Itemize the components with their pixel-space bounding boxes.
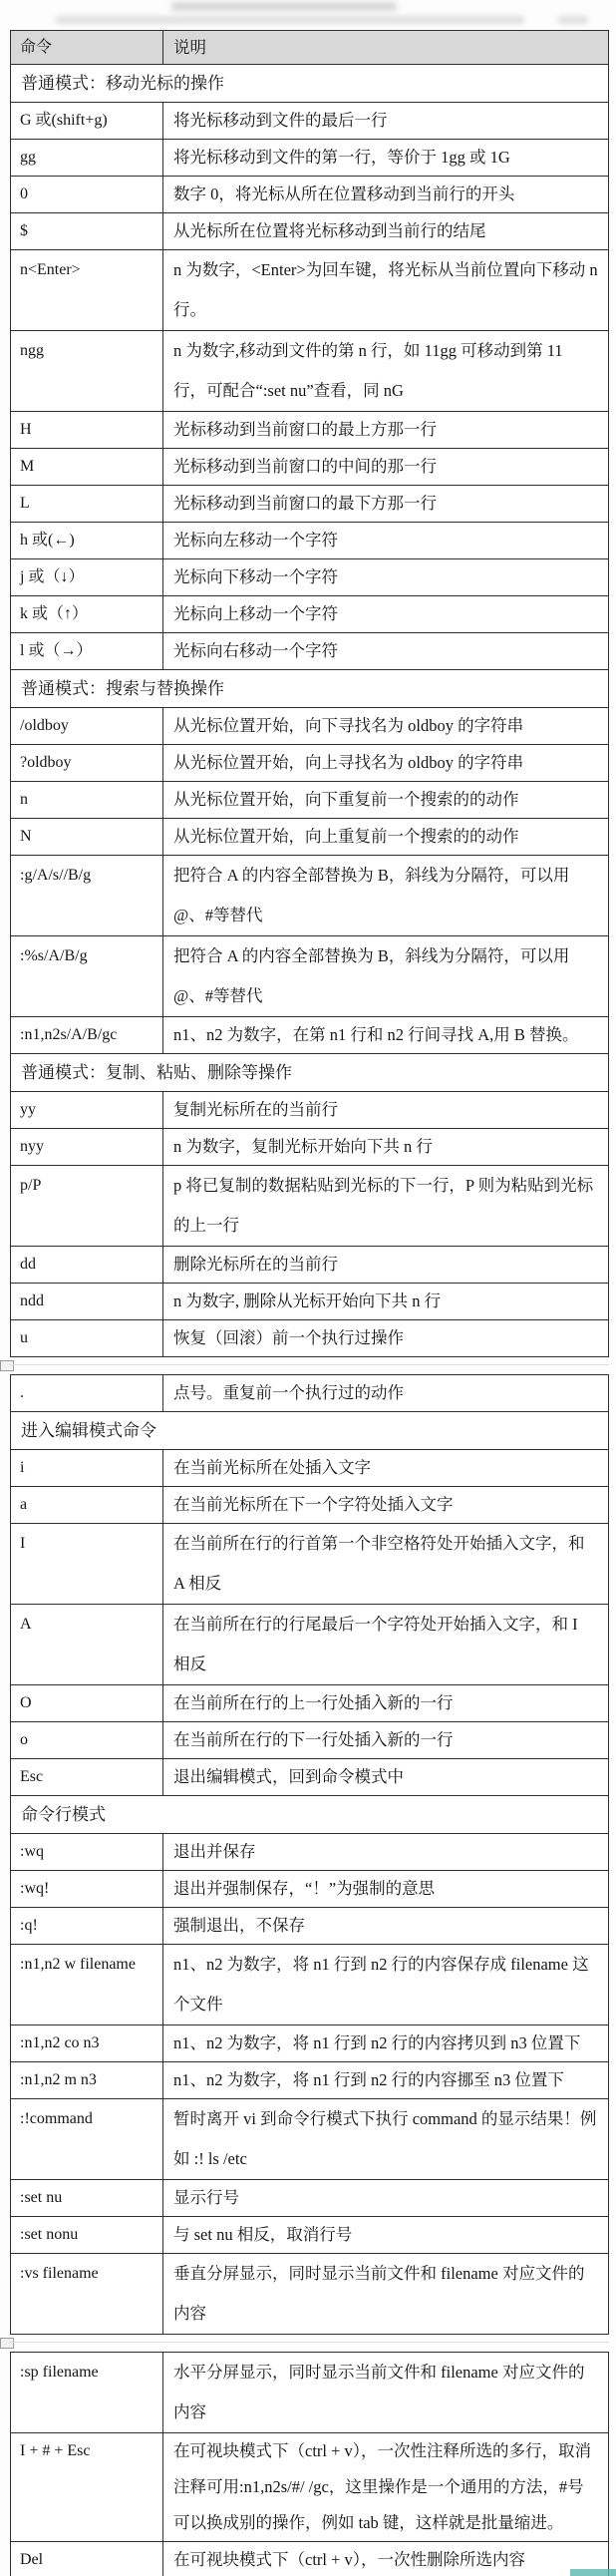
description-cell: 光标向上移动一个字符 (163, 596, 608, 632)
description-cell: 在当前所在行的行尾最后一个字符处开始插入文字，和 I 相反 (163, 1605, 608, 1684)
table-row: :sp filename水平分屏显示，同时显示当前文件和 filename 对应… (11, 2353, 608, 2433)
description-cell: 在当前光标所在下一个字符处插入文字 (163, 1487, 608, 1523)
table-row: o在当前所在行的下一行处插入新的一行 (11, 1722, 608, 1759)
table-row: gg将光标移动到文件的第一行，等价于 1gg 或 1G (11, 140, 608, 177)
description-cell: 在可视块模式下（ctrl + v），一次性注释所选的多行，取消注释可用:n1,n… (163, 2433, 608, 2541)
command-cell: :n1,n2 co n3 (11, 2025, 163, 2061)
table-row: n从光标位置开始，向下重复前一个搜索的的动作 (11, 782, 608, 819)
command-cell: ?oldboy (11, 745, 163, 781)
command-cell: :g/A/s//B/g (11, 856, 163, 935)
command-cell: :sp filename (11, 2353, 163, 2432)
description-cell: n1、n2 为数字，将 n1 行到 n2 行的内容挪至 n3 位置下 (163, 2062, 608, 2098)
section-label: 普通模式：移动光标的操作 (11, 65, 608, 102)
description-cell: 在当前光标所在处插入文字 (163, 1450, 608, 1486)
header-row: 命令说明 (11, 31, 608, 65)
command-cell: Del (11, 2542, 163, 2576)
command-cell: :vs filename (11, 2254, 163, 2334)
description-cell: p 将已复制的数据粘贴到光标的下一行，P 则为粘贴到光标的上一行 (163, 1166, 608, 1246)
command-cell: :wq (11, 1834, 163, 1870)
command-cell: n (11, 782, 163, 818)
table-row: u恢复（回滚）前一个执行过操作 (11, 1320, 608, 1356)
table-row: dd删除光标所在的当前行 (11, 1247, 608, 1284)
description-cell: 水平分屏显示，同时显示当前文件和 filename 对应文件的内容 (163, 2353, 608, 2432)
description-cell: n 为数字，<Enter>为回车键，将光标从当前位置向下移动 n 行。 (163, 250, 608, 330)
description-cell: 光标移动到当前窗口的最下方那一行 (163, 486, 608, 522)
table-row: l 或（→）光标向右移动一个字符 (11, 633, 608, 670)
table-segment: 命令说明普通模式：移动光标的操作G 或(shift+g)将光标移动到文件的最后一… (10, 30, 609, 1357)
command-cell: dd (11, 1247, 163, 1283)
page-break-gap (10, 1357, 609, 1374)
command-cell: :n1,n2 m n3 (11, 2062, 163, 2098)
table-row: :q!强制退出，不保存 (11, 1908, 608, 1945)
top-text-artifact (56, 16, 524, 24)
description-cell: n1、n2 为数字，在第 n1 行和 n2 行间寻找 A,用 B 替换。 (163, 1017, 608, 1053)
table-row: O在当前所在行的上一行处插入新的一行 (11, 1685, 608, 1722)
command-cell: a (11, 1487, 163, 1523)
description-cell: n1、n2 为数字，将 n1 行到 n2 行的内容拷贝到 n3 位置下 (163, 2025, 608, 2061)
table-row: :n1,n2s/A/B/gcn1、n2 为数字，在第 n1 行和 n2 行间寻找… (11, 1017, 608, 1054)
header-description-cell: 说明 (163, 31, 608, 64)
description-cell: 从光标位置开始，向上寻找名为 oldboy 的字符串 (163, 745, 608, 781)
command-cell: gg (11, 140, 163, 176)
command-cell: ndd (11, 1284, 163, 1319)
command-cell: H (11, 412, 163, 448)
table-row: I + # + Esc在可视块模式下（ctrl + v），一次性注释所选的多行，… (11, 2433, 608, 2542)
table-row: :n1,n2 co n3n1、n2 为数字，将 n1 行到 n2 行的内容拷贝到… (11, 2025, 608, 2062)
description-cell: 光标移动到当前窗口的最上方那一行 (163, 412, 608, 448)
table-area: 命令说明普通模式：移动光标的操作G 或(shift+g)将光标移动到文件的最后一… (10, 30, 609, 2576)
command-cell: :n1,n2s/A/B/gc (11, 1017, 163, 1053)
command-cell: nyy (11, 1129, 163, 1165)
section-label: 普通模式：复制、粘贴、删除等操作 (11, 1054, 608, 1091)
command-cell: k 或（↑） (11, 596, 163, 632)
page-break-gap (10, 2335, 609, 2352)
command-cell: p/P (11, 1166, 163, 1246)
description-cell: 退出并保存 (163, 1834, 608, 1870)
description-cell: 在当前所在行的上一行处插入新的一行 (163, 1685, 608, 1721)
table-resize-handle-icon (0, 1360, 14, 1371)
table-row: :g/A/s//B/g把符合 A 的内容全部替换为 B，斜线为分隔符，可以用@、… (11, 856, 608, 936)
command-cell: :wq! (11, 1871, 163, 1907)
command-cell: i (11, 1450, 163, 1486)
section-row: 普通模式：复制、粘贴、删除等操作 (11, 1054, 608, 1092)
description-cell: 光标移动到当前窗口的中间的那一行 (163, 449, 608, 485)
command-cell: h 或(←) (11, 523, 163, 558)
section-label: 命令行模式 (11, 1796, 608, 1833)
table-row: M光标移动到当前窗口的中间的那一行 (11, 449, 608, 486)
command-cell: n<Enter> (11, 250, 163, 330)
command-cell: u (11, 1320, 163, 1356)
description-cell: 光标向左移动一个字符 (163, 523, 608, 558)
description-cell: 退出并强制保存，“！”为强制的意思 (163, 1871, 608, 1907)
description-cell: n 为数字，复制光标开始向下共 n 行 (163, 1129, 608, 1165)
description-cell: 暂时离开 vi 到命令行模式下执行 command 的显示结果！例如 :! ls… (163, 2099, 608, 2179)
table-row: h 或(←)光标向左移动一个字符 (11, 523, 608, 559)
command-cell: N (11, 819, 163, 855)
table-row: G 或(shift+g)将光标移动到文件的最后一行 (11, 103, 608, 140)
description-cell: 点号。重复前一个执行过的动作 (163, 1375, 608, 1411)
description-cell: 从光标位置开始，向下重复前一个搜索的的动作 (163, 782, 608, 818)
description-cell: 将光标移动到文件的第一行，等价于 1gg 或 1G (163, 140, 608, 176)
description-cell: 强制退出，不保存 (163, 1908, 608, 1944)
command-cell: 0 (11, 177, 163, 212)
section-label: 普通模式：搜索与替换操作 (11, 670, 608, 707)
table-row: H光标移动到当前窗口的最上方那一行 (11, 412, 608, 449)
table-row: nddn 为数字, 删除从光标开始向下共 n 行 (11, 1284, 608, 1320)
description-cell: 显示行号 (163, 2180, 608, 2216)
table-segment: :sp filename水平分屏显示，同时显示当前文件和 filename 对应… (10, 2352, 609, 2576)
description-cell: 光标向右移动一个字符 (163, 633, 608, 669)
table-row: :set nonu与 set nu 相反，取消行号 (11, 2217, 608, 2254)
description-cell: 恢复（回滚）前一个执行过操作 (163, 1320, 608, 1356)
description-cell: 从光标位置开始，向下寻找名为 oldboy 的字符串 (163, 708, 608, 744)
table-row: p/Pp 将已复制的数据粘贴到光标的下一行，P 则为粘贴到光标的上一行 (11, 1166, 608, 1247)
command-cell: G 或(shift+g) (11, 103, 163, 139)
table-row: Esc退出编辑模式，回到命令模式中 (11, 1759, 608, 1796)
description-cell: 光标向下移动一个字符 (163, 559, 608, 595)
command-cell: j 或（↓） (11, 559, 163, 595)
bottom-right-artifact (570, 2569, 616, 2576)
section-row: 普通模式：搜索与替换操作 (11, 670, 608, 708)
header-command-cell: 命令 (11, 31, 163, 64)
command-cell: :set nonu (11, 2217, 163, 2253)
description-cell: n1、n2 为数字，将 n1 行到 n2 行的内容保存成 filename 这个… (163, 1945, 608, 2024)
top-text-artifact (558, 16, 588, 24)
table-row: $从光标所在位置将光标移动到当前行的结尾 (11, 213, 608, 250)
section-row: 命令行模式 (11, 1796, 608, 1834)
description-cell: n 为数字, 删除从光标开始向下共 n 行 (163, 1284, 608, 1319)
description-cell: n 为数字,移动到文件的第 n 行，如 11gg 可移动到第 11 行，可配合“… (163, 331, 608, 411)
table-row: I在当前所在行的行首第一个非空格符处开始插入文字，和 A 相反 (11, 1524, 608, 1605)
table-resize-handle-icon (0, 2338, 14, 2349)
description-cell: 在可视块模式下（ctrl + v），一次性删除所选内容 (163, 2542, 608, 2576)
command-cell: yy (11, 1092, 163, 1128)
command-cell: O (11, 1685, 163, 1721)
description-cell: 在当前所在行的下一行处插入新的一行 (163, 1722, 608, 1758)
command-cell: l 或（→） (11, 633, 163, 669)
table-row: n<Enter>n 为数字，<Enter>为回车键，将光标从当前位置向下移动 n… (11, 250, 608, 331)
table-row: :%s/A/B/g把符合 A 的内容全部替换为 B，斜线为分隔符，可以用@、#等… (11, 936, 608, 1017)
description-cell: 将光标移动到文件的最后一行 (163, 103, 608, 139)
vim-command-table-document: 命令说明普通模式：移动光标的操作G 或(shift+g)将光标移动到文件的最后一… (10, 30, 609, 2576)
description-cell: 退出编辑模式，回到命令模式中 (163, 1759, 608, 1795)
description-cell: 把符合 A 的内容全部替换为 B，斜线为分隔符，可以用@、#等替代 (163, 856, 608, 935)
table-row: /oldboy从光标位置开始，向下寻找名为 oldboy 的字符串 (11, 708, 608, 745)
table-row: L光标移动到当前窗口的最下方那一行 (11, 486, 608, 523)
table-row: a在当前光标所在下一个字符处插入文字 (11, 1487, 608, 1524)
command-cell: :!command (11, 2099, 163, 2179)
table-row: k 或（↑）光标向上移动一个字符 (11, 596, 608, 633)
description-cell: 从光标位置开始，向上重复前一个搜索的的动作 (163, 819, 608, 855)
description-cell: 垂直分屏显示，同时显示当前文件和 filename 对应文件的内容 (163, 2254, 608, 2334)
command-cell: I + # + Esc (11, 2433, 163, 2541)
section-row: 普通模式：移动光标的操作 (11, 65, 608, 103)
description-cell: 删除光标所在的当前行 (163, 1247, 608, 1283)
command-cell: :set nu (11, 2180, 163, 2216)
table-row: j 或（↓）光标向下移动一个字符 (11, 559, 608, 596)
command-cell: A (11, 1605, 163, 1684)
table-row: :n1,n2 m n3n1、n2 为数字，将 n1 行到 n2 行的内容挪至 n… (11, 2062, 608, 2099)
table-row: :!command暂时离开 vi 到命令行模式下执行 command 的显示结果… (11, 2099, 608, 2180)
table-segment: .点号。重复前一个执行过的动作进入编辑模式命令i在当前光标所在处插入文字a在当前… (10, 1374, 609, 2335)
command-cell: Esc (11, 1759, 163, 1795)
command-cell: . (11, 1375, 163, 1411)
table-row: yy复制光标所在的当前行 (11, 1092, 608, 1129)
description-cell: 与 set nu 相反，取消行号 (163, 2217, 608, 2253)
description-cell: 数字 0，将光标从所在位置移动到当前行的开头 (163, 177, 608, 212)
command-cell: :n1,n2 w filename (11, 1945, 163, 2024)
table-row: :n1,n2 w filenamen1、n2 为数字，将 n1 行到 n2 行的… (11, 1945, 608, 2025)
table-row: ?oldboy从光标位置开始，向上寻找名为 oldboy 的字符串 (11, 745, 608, 782)
table-row: Del在可视块模式下（ctrl + v），一次性删除所选内容 (11, 2542, 608, 2576)
command-cell: M (11, 449, 163, 485)
description-cell: 复制光标所在的当前行 (163, 1092, 608, 1128)
table-row: i在当前光标所在处插入文字 (11, 1450, 608, 1487)
command-cell: ngg (11, 331, 163, 411)
command-cell: $ (11, 213, 163, 249)
command-cell: L (11, 486, 163, 522)
table-row: 0数字 0，将光标从所在位置移动到当前行的开头 (11, 177, 608, 213)
table-row: .点号。重复前一个执行过的动作 (11, 1375, 608, 1412)
table-row: nyyn 为数字，复制光标开始向下共 n 行 (11, 1129, 608, 1166)
command-cell: :%s/A/B/g (11, 936, 163, 1016)
top-text-artifact (171, 2, 397, 11)
table-row: :wq退出并保存 (11, 1834, 608, 1871)
command-cell: :q! (11, 1908, 163, 1944)
description-cell: 从光标所在位置将光标移动到当前行的结尾 (163, 213, 608, 249)
description-cell: 在当前所在行的行首第一个非空格符处开始插入文字，和 A 相反 (163, 1524, 608, 1604)
table-row: N从光标位置开始，向上重复前一个搜索的的动作 (11, 819, 608, 856)
command-cell: I (11, 1524, 163, 1604)
command-cell: /oldboy (11, 708, 163, 744)
section-row: 进入编辑模式命令 (11, 1412, 608, 1450)
command-cell: o (11, 1722, 163, 1758)
table-row: A在当前所在行的行尾最后一个字符处开始插入文字，和 I 相反 (11, 1605, 608, 1685)
table-row: :wq!退出并强制保存，“！”为强制的意思 (11, 1871, 608, 1908)
table-row: :vs filename垂直分屏显示，同时显示当前文件和 filename 对应… (11, 2254, 608, 2334)
table-row: nggn 为数字,移动到文件的第 n 行，如 11gg 可移动到第 11 行，可… (11, 331, 608, 412)
table-row: :set nu显示行号 (11, 2180, 608, 2217)
description-cell: 把符合 A 的内容全部替换为 B，斜线为分隔符，可以用@、#等替代 (163, 936, 608, 1016)
section-label: 进入编辑模式命令 (11, 1412, 608, 1449)
